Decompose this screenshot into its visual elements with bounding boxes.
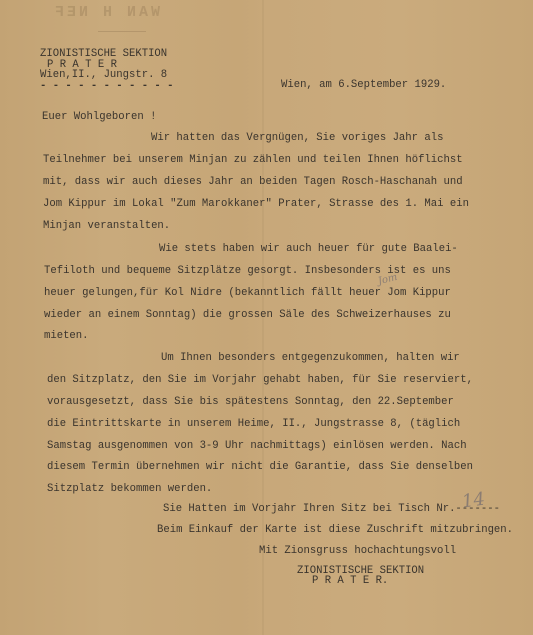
paragraph-line: Um Ihnen besonders entgegenzukommen, hal… [161, 353, 460, 364]
paragraph-line: diesem Termin übernehmen wir nicht die G… [47, 462, 473, 473]
bleed-through-text: WAN H NEF [52, 4, 160, 21]
bleed-through-rule [98, 31, 146, 32]
letter-page: WAN H NEF ZIONISTISCHE SEKTION P R A T E… [0, 0, 533, 635]
signature-branch: P R A T E R. [312, 576, 388, 587]
paragraph-line: wieder an einem Sonntag) die grossen Säl… [44, 310, 451, 321]
bring-letter-line: Beim Einkauf der Karte ist diese Zuschri… [157, 525, 513, 536]
letterhead-org: ZIONISTISCHE SEKTION [40, 49, 167, 60]
letterhead-address: Wien,II., Jungstr. 8 [40, 70, 167, 81]
salutation: Euer Wohlgeboren ! [42, 112, 156, 123]
table-number-line: Sie Hatten im Vorjahr Ihren Sitz bei Tis… [163, 504, 500, 515]
letter-date: Wien, am 6.September 1929. [281, 80, 446, 91]
paragraph-line: Sitzplatz bekommen werden. [47, 484, 212, 495]
paragraph-line: Wir hatten das Vergnügen, Sie voriges Ja… [151, 133, 443, 144]
paragraph-line: Teilnehmer bei unserem Minjan zu zählen … [43, 155, 463, 166]
paragraph-line: den Sitzplatz, den Sie im Vorjahr gehabt… [47, 375, 473, 386]
paragraph-line: Minjan veranstalten. [43, 221, 170, 232]
closing: Mit Zionsgruss hochachtungsvoll [259, 546, 456, 557]
paragraph-line: Samstag ausgenommen von 3-9 Uhr nachmitt… [47, 441, 467, 452]
paragraph-line: die Eintrittskarte in unserem Heime, II.… [47, 419, 460, 430]
paragraph-line: mieten. [44, 331, 89, 342]
paragraph-line: Wie stets haben wir auch heuer für gute … [159, 244, 458, 255]
handwritten-table-number: 14 [461, 489, 487, 513]
letterhead-rule: - - - - - - - - - - - [40, 81, 174, 92]
paragraph-line: Jom Kippur im Lokal "Zum Marokkaner" Pra… [43, 199, 469, 210]
paragraph-line: mit, dass wir auch dieses Jahr an beiden… [43, 177, 463, 188]
paragraph-line: heuer gelungen,für Kol Nidre (bekanntlic… [44, 288, 451, 299]
paragraph-line: vorausgesetzt, dass Sie bis spätestens S… [47, 397, 454, 408]
